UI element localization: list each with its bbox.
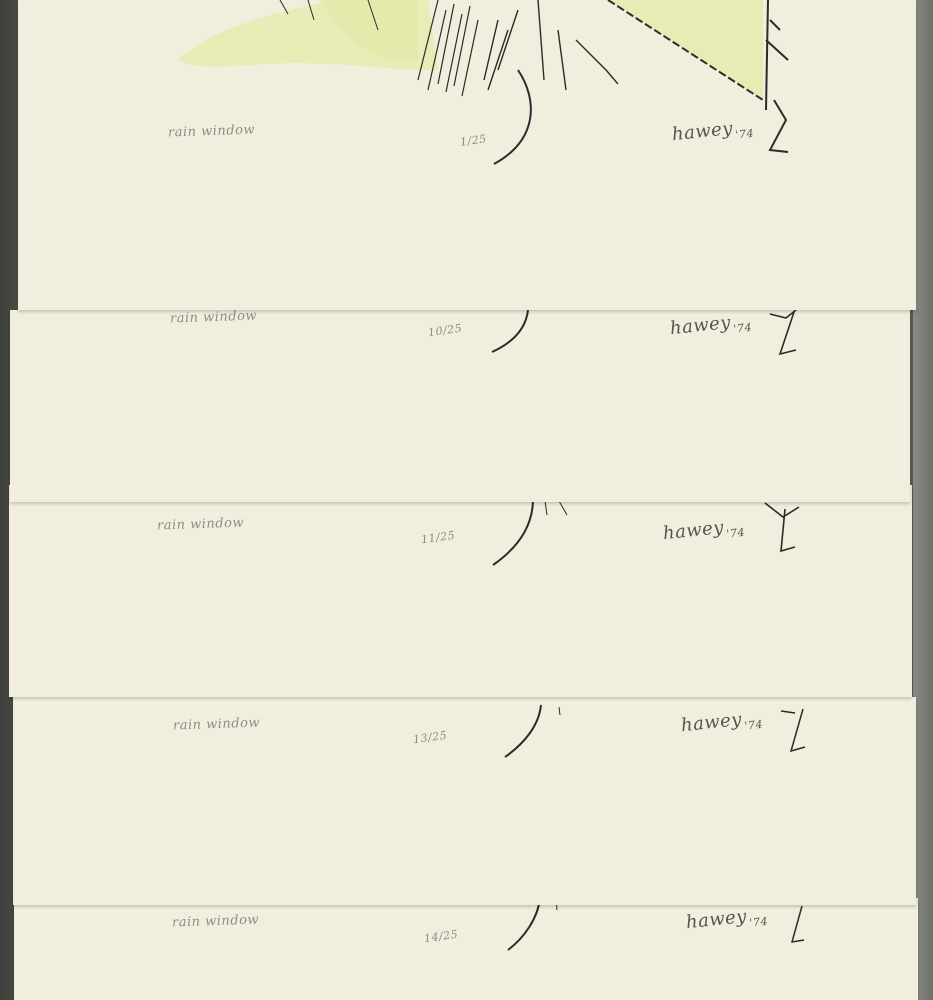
print-sheet-5: rain window 14/25 hawey'74 bbox=[14, 898, 918, 1000]
edition-number: 14/25 bbox=[423, 928, 459, 946]
edition-number: 11/25 bbox=[420, 529, 456, 547]
print-sheet-4: rain window 13/25 hawey'74 bbox=[13, 697, 916, 905]
ink-stroke-art bbox=[489, 495, 589, 565]
print-title: rain window bbox=[157, 515, 245, 533]
edition-number: 10/25 bbox=[427, 322, 463, 340]
edition-number: 13/25 bbox=[412, 729, 448, 747]
ink-stroke-art bbox=[490, 310, 550, 360]
artist-signature: hawey'74 bbox=[685, 904, 769, 936]
print-sheet-1: rain window 1/25 hawey'74 bbox=[18, 0, 916, 310]
artist-signature: hawey'74 bbox=[680, 707, 764, 739]
print-title: rain window bbox=[172, 912, 260, 930]
ink-stroke-art bbox=[773, 705, 813, 757]
print-title: rain window bbox=[168, 122, 256, 140]
artist-signature: hawey'74 bbox=[669, 310, 753, 342]
artist-signature: hawey'74 bbox=[662, 515, 746, 547]
print-title: rain window bbox=[170, 308, 258, 326]
ink-stroke-art bbox=[494, 898, 594, 958]
print-sheet-3: rain window 11/25 hawey'74 bbox=[9, 485, 912, 697]
table-surface-right bbox=[913, 0, 933, 1000]
ink-stroke-art bbox=[493, 701, 593, 761]
ink-stroke-art bbox=[766, 308, 806, 360]
ink-stroke-art bbox=[761, 499, 811, 559]
ink-stroke-art bbox=[774, 902, 814, 950]
print-title: rain window bbox=[173, 715, 261, 733]
print-sheet-2: rain window 10/25 hawey'74 bbox=[10, 310, 910, 502]
